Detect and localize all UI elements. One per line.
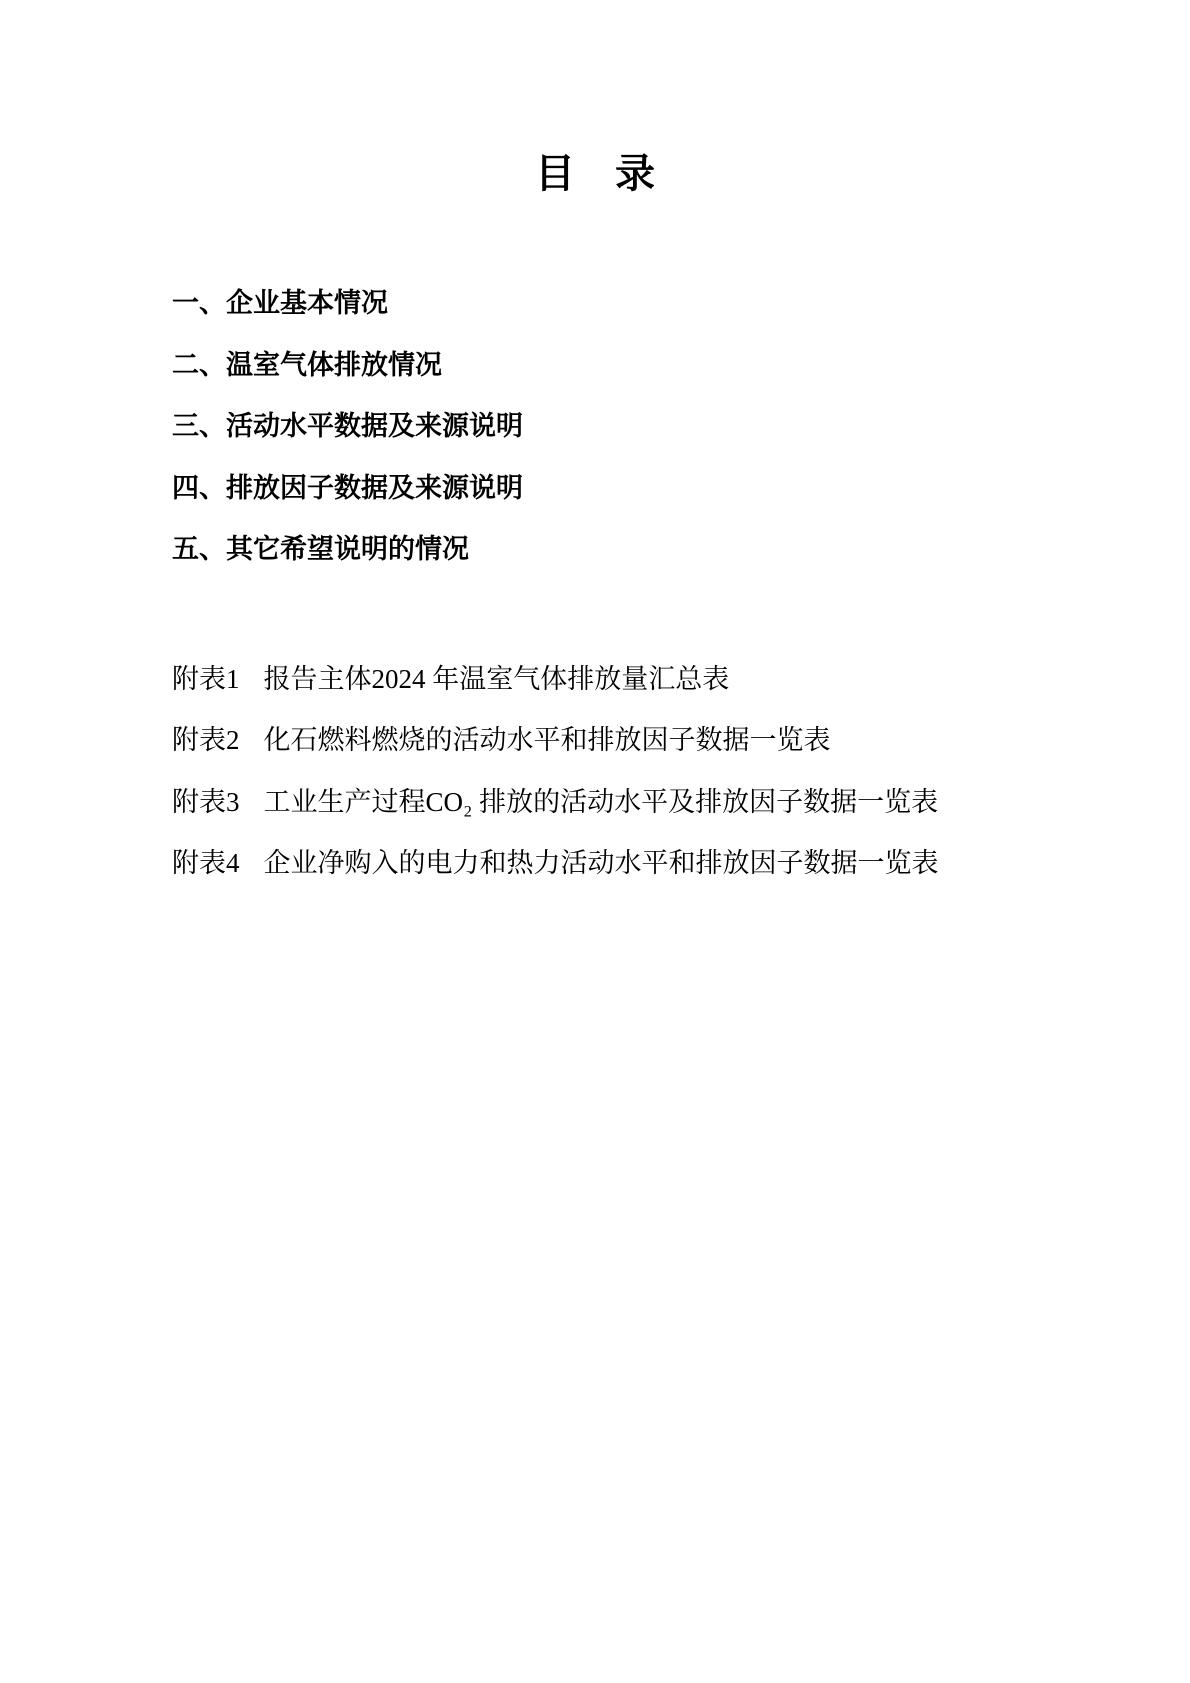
document-page: 目 录 一、 企业基本情况 二、 温室气体排放情况 三、 活动水平数据及来源说明… [0,0,1190,1683]
page-title: 目 录 [0,0,1190,200]
toc-section-item-3: 三、 活动水平数据及来源说明 [172,393,1190,455]
toc-section-item-5: 五、 其它希望说明的情况 [172,516,1190,578]
toc-section-number: 四、 [172,466,226,505]
toc-appendix-number: 附表1 [172,657,240,696]
toc-section-title: 排放因子数据及来源说明 [226,466,523,505]
toc-section-title: 温室气体排放情况 [226,343,442,382]
toc-section-number: 二、 [172,343,226,382]
toc-appendix-list: 附表1 报告主体2024 年温室气体排放量汇总表 附表2 化石燃料燃烧的活动水平… [172,646,1190,892]
toc-appendix-item-4: 附表4 企业净购入的电力和热力活动水平和排放因子数据一览表 [172,830,1190,892]
toc-section-number: 三、 [172,404,226,443]
toc-appendix-number: 附表2 [172,718,240,757]
toc-appendix-item-3: 附表3 工业生产过程CO₂ 排放的活动水平及排放因子数据一览表 [172,769,1190,831]
toc-section-item-1: 一、 企业基本情况 [172,270,1190,332]
toc-appendix-number: 附表4 [172,841,240,880]
toc-section-title: 活动水平数据及来源说明 [226,404,523,443]
toc-section-number: 五、 [172,527,226,566]
toc-appendix-item-1: 附表1 报告主体2024 年温室气体排放量汇总表 [172,646,1190,708]
toc-appendix-title: 工业生产过程CO₂ 排放的活动水平及排放因子数据一览表 [264,780,939,819]
toc-section-number: 一、 [172,281,226,320]
toc-section-title: 其它希望说明的情况 [226,527,469,566]
toc-section-item-2: 二、 温室气体排放情况 [172,332,1190,394]
toc-appendix-number: 附表3 [172,780,240,819]
toc-appendix-item-2: 附表2 化石燃料燃烧的活动水平和排放因子数据一览表 [172,707,1190,769]
toc-appendix-title: 企业净购入的电力和热力活动水平和排放因子数据一览表 [264,841,939,880]
toc-appendix-title: 化石燃料燃烧的活动水平和排放因子数据一览表 [264,718,831,757]
toc-section-item-4: 四、 排放因子数据及来源说明 [172,455,1190,517]
toc-appendix-title: 报告主体2024 年温室气体排放量汇总表 [264,657,730,696]
toc-section-list: 一、 企业基本情况 二、 温室气体排放情况 三、 活动水平数据及来源说明 四、 … [172,270,1190,578]
toc-section-title: 企业基本情况 [226,281,388,320]
